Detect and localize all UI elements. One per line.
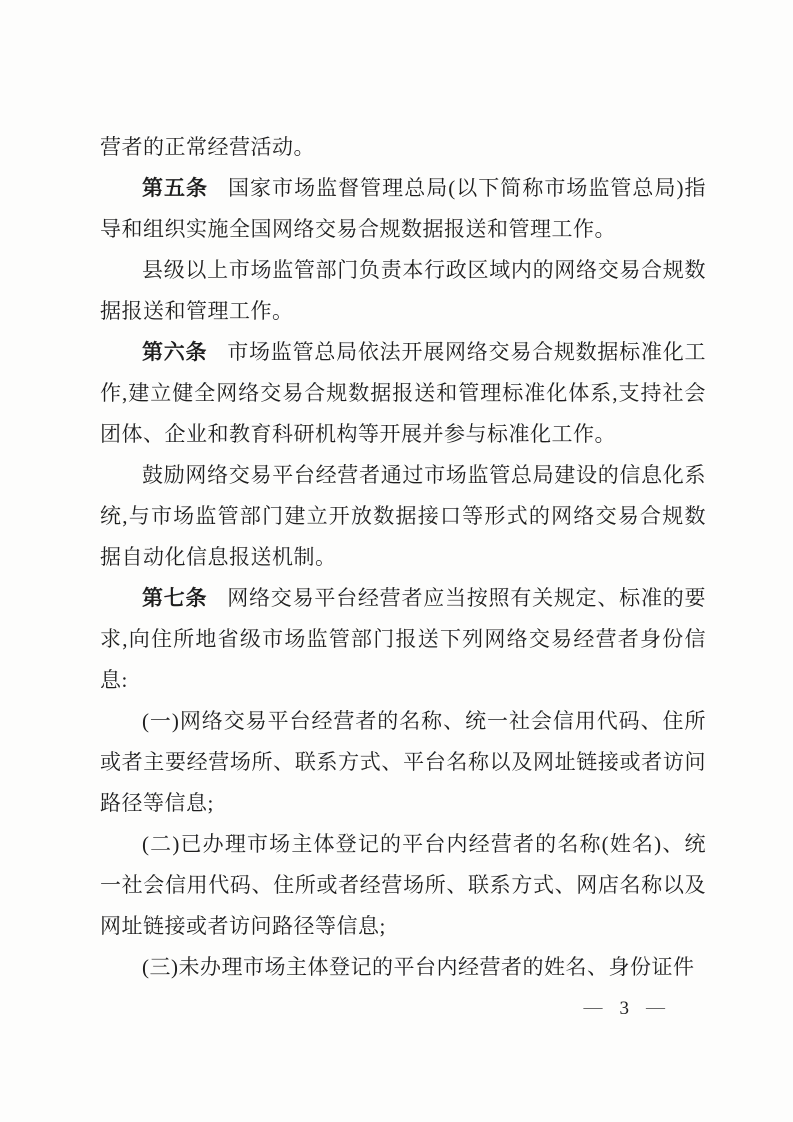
page-number-value: 3 (620, 994, 630, 1024)
paragraph-article-5: 第五条国家市场监督管理总局(以下简称市场监管总局)指导和组织实施全国网络交易合规… (100, 168, 706, 250)
paragraph-county-level: 县级以上市场监管部门负责本行政区域内的网络交易合规数据报送和管理工作。 (100, 250, 706, 332)
page-number: — 3 — (584, 994, 666, 1024)
page-number-dash-left: — (584, 993, 603, 1023)
article-number-6: 第六条 (142, 341, 207, 364)
paragraph-continuation: 营者的正常经营活动。 (100, 127, 706, 168)
paragraph-article-6: 第六条市场监管总局依法开展网络交易合规数据标准化工作,建立健全网络交易合规数据报… (100, 332, 706, 455)
paragraph-item-2: (二)已办理市场主体登记的平台内经营者的名称(姓名)、统一社会信用代码、住所或者… (100, 824, 706, 947)
article-number-7: 第七条 (142, 587, 207, 610)
paragraph-article-7: 第七条网络交易平台经营者应当按照有关规定、标准的要求,向住所地省级市场监管部门报… (100, 578, 706, 701)
document-body: 营者的正常经营活动。 第五条国家市场监督管理总局(以下简称市场监管总局)指导和组… (100, 127, 706, 988)
scanned-document-page: 营者的正常经营活动。 第五条国家市场监督管理总局(以下简称市场监管总局)指导和组… (0, 0, 793, 1122)
paragraph-encourage: 鼓励网络交易平台经营者通过市场监管总局建设的信息化系统,与市场监管部门建立开放数… (100, 455, 706, 578)
paragraph-item-1: (一)网络交易平台经营者的名称、统一社会信用代码、住所或者主要经营场所、联系方式… (100, 701, 706, 824)
article-number-5: 第五条 (142, 177, 208, 200)
paragraph-item-3: (三)未办理市场主体登记的平台内经营者的姓名、身份证件 (100, 947, 706, 988)
page-number-dash-right: — (646, 993, 665, 1023)
